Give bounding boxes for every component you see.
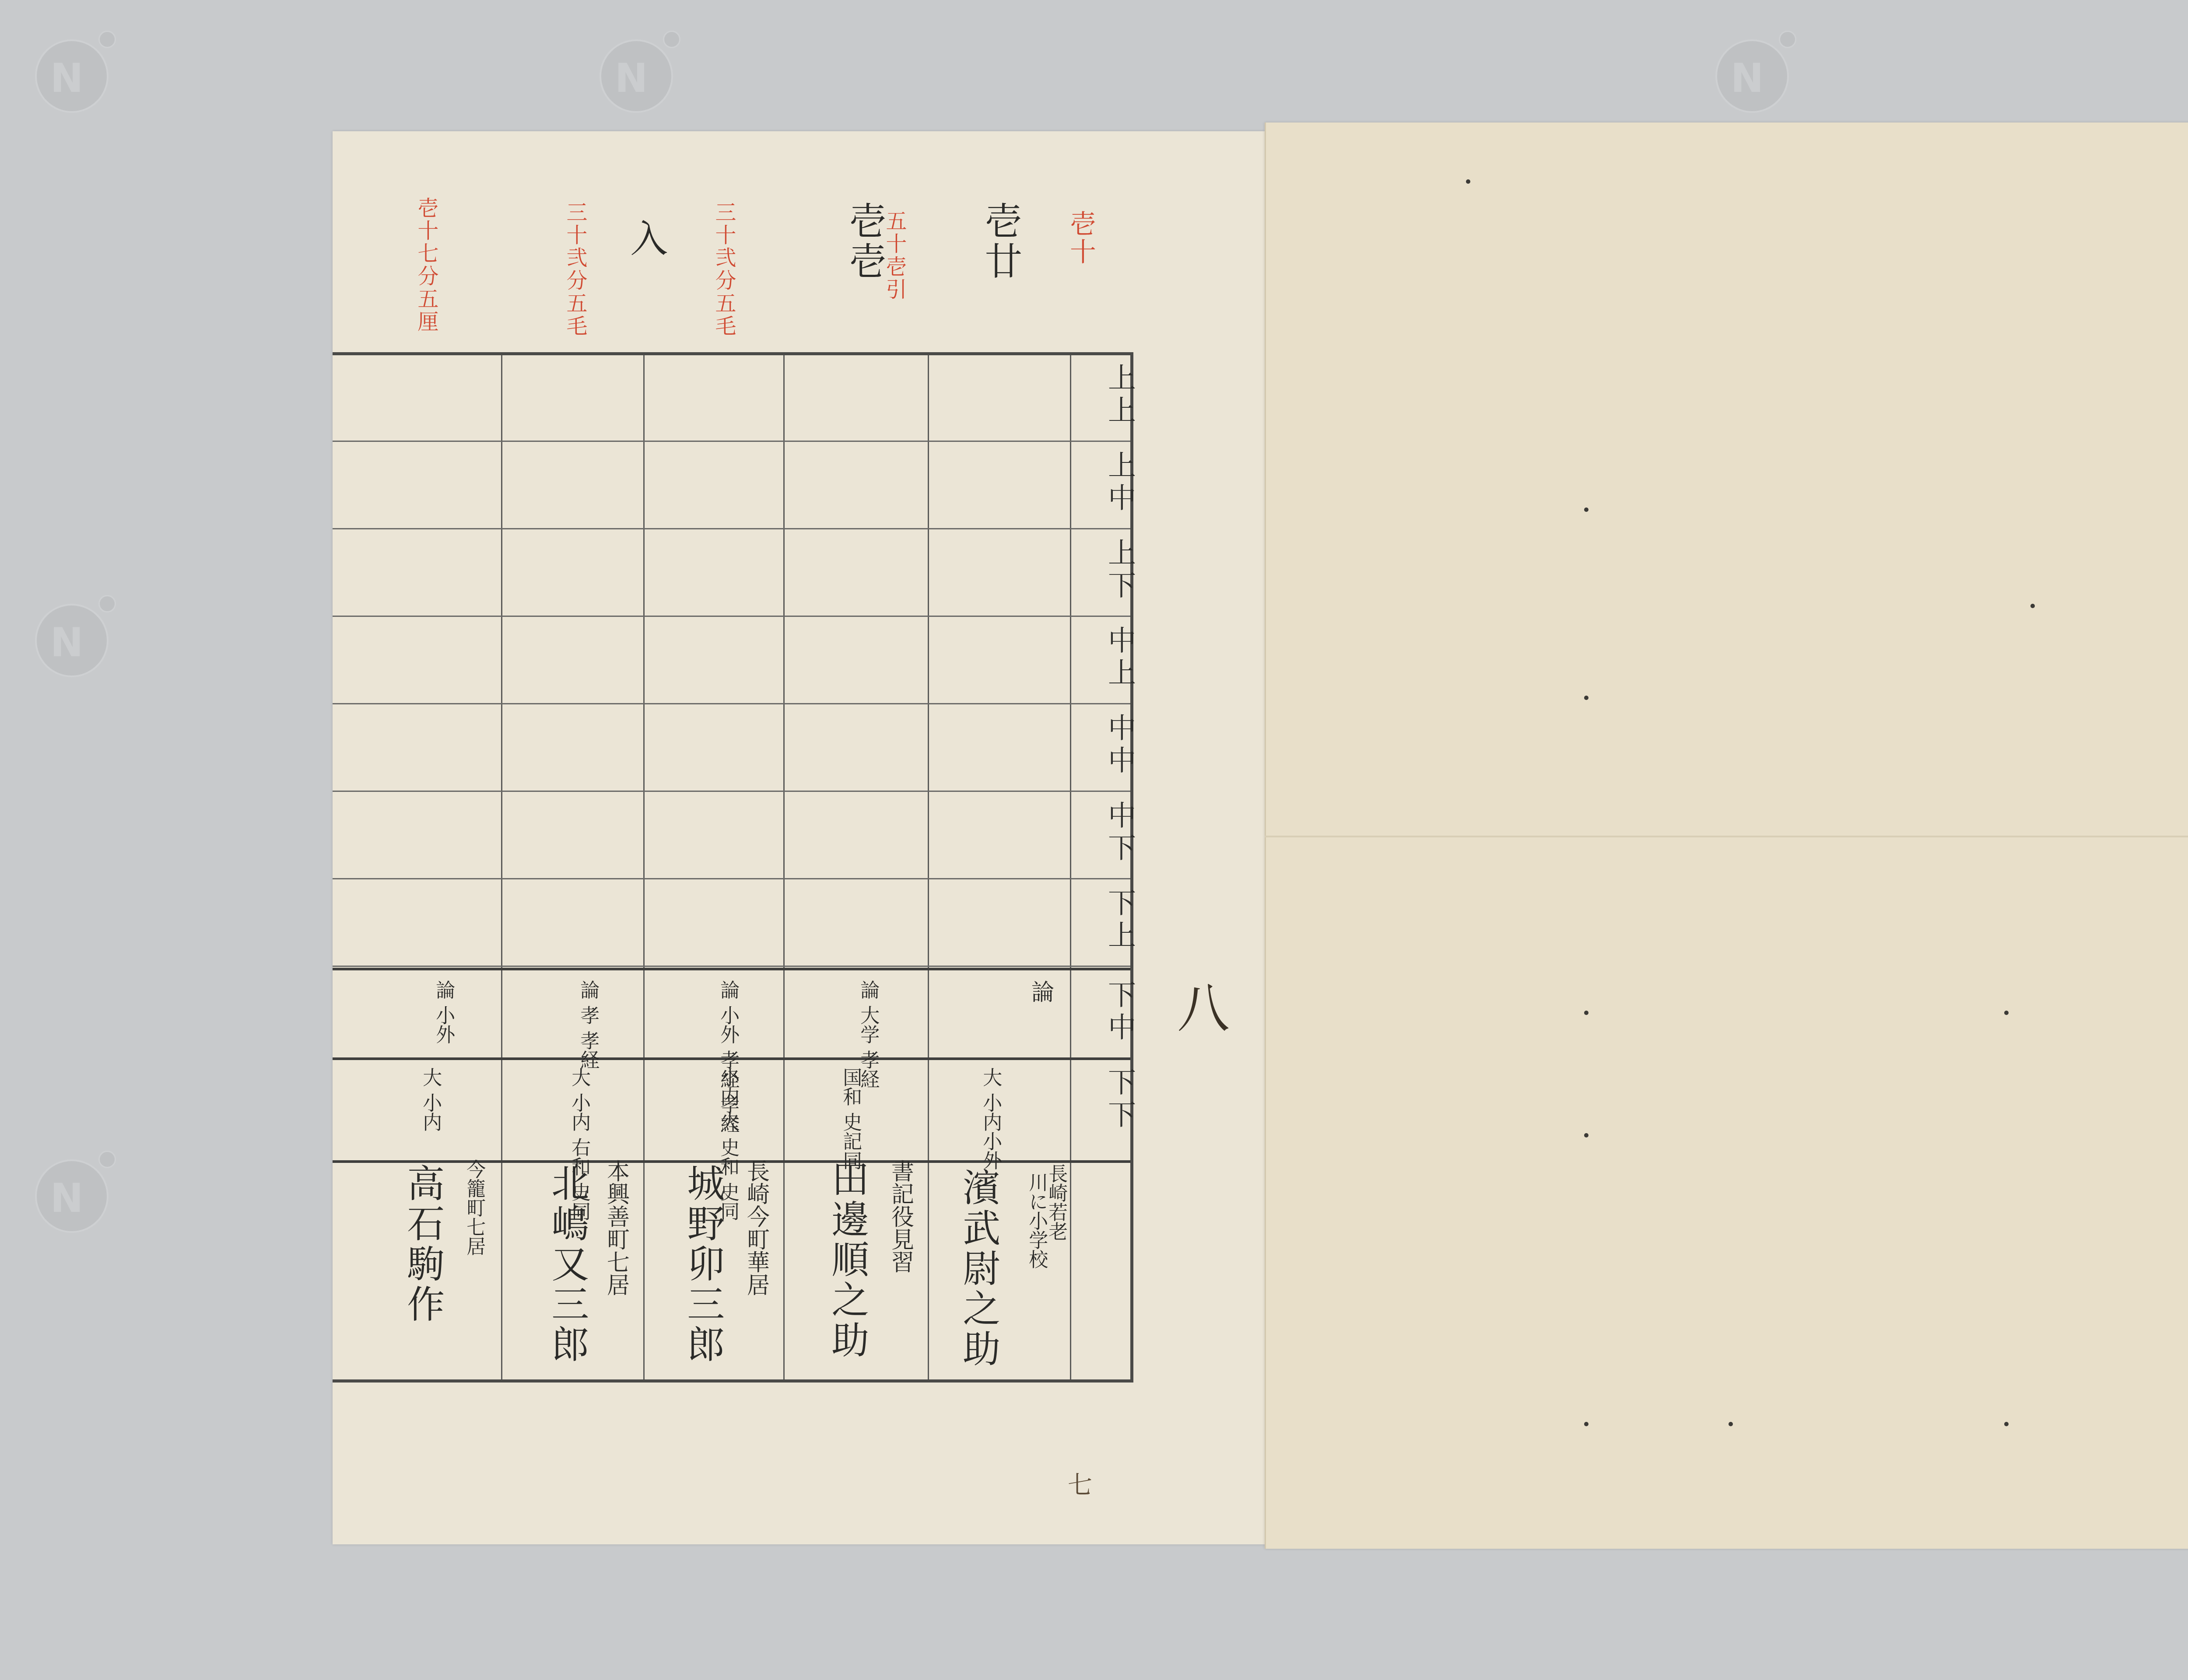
note-cell: 川に小学校 — [1026, 1172, 1046, 1269]
grade-label: 中下 — [1072, 801, 1133, 865]
bottom-mark: 七 — [1068, 1466, 1092, 1501]
residence-cell: 今籠町七居 — [464, 1159, 484, 1256]
red-annotation: 壱十 — [1068, 210, 1094, 266]
subjects-cell: 論 小外 — [433, 980, 453, 1044]
page-fold-line — [1265, 836, 2188, 837]
ink-annotation: 壱壱 — [845, 201, 884, 282]
watermark-logo: N — [582, 17, 683, 118]
texts-cell: 国和 史記同 — [840, 1067, 860, 1170]
paper-speck — [2004, 1011, 2009, 1015]
paper-speck — [1584, 1422, 1588, 1426]
grade-label: 上中 — [1072, 451, 1133, 515]
residence-cell: 本興善町七居 — [604, 1159, 628, 1296]
residence-cell: 長崎若老 — [1046, 1164, 1066, 1241]
watermark-logo: N — [18, 1137, 118, 1238]
paper-speck — [2004, 1422, 2009, 1426]
name-cell: 北嶋又三郎 — [547, 1164, 586, 1365]
grade-label: 下下 — [1072, 1067, 1133, 1132]
red-annotation: 五十壱引 — [884, 210, 905, 301]
page-number: 八 — [1177, 967, 1230, 1042]
ink-annotation: 入 — [626, 219, 665, 259]
paper-speck — [1466, 179, 1470, 184]
watermark-logo: N — [18, 17, 118, 118]
paper-speck — [1729, 1422, 1733, 1426]
grade-label: 下中 — [1072, 980, 1133, 1045]
name-cell: 濱武尉之助 — [958, 1168, 998, 1369]
texts-cell: 大 小内 — [420, 1067, 440, 1131]
grade-label: 中中 — [1072, 713, 1133, 778]
grade-table — [333, 352, 1133, 1382]
paper-speck — [1584, 1133, 1588, 1137]
watermark-logo: N — [18, 582, 118, 682]
residence-cell: 長崎今町華居 — [744, 1159, 768, 1296]
texts-cell: 大 小内小外 — [980, 1067, 1000, 1170]
paper-speck — [2030, 604, 2035, 608]
paper-speck — [1584, 1011, 1588, 1015]
red-annotation: 三十弐分五毛 — [713, 201, 734, 338]
grade-label: 下上 — [1072, 888, 1133, 953]
paper-speck — [1584, 696, 1588, 700]
name-cell: 田邊順之助 — [827, 1159, 866, 1361]
grade-label: 上下 — [1072, 538, 1133, 603]
note-cell: 書記役見習 — [888, 1159, 912, 1273]
red-annotation: 壱十七分五厘 — [416, 197, 437, 333]
watermark-logo: N — [1698, 17, 1799, 118]
grade-label: 上上 — [1072, 363, 1133, 428]
red-annotation: 三十弐分五毛 — [565, 201, 586, 338]
paper-speck — [1584, 507, 1588, 512]
name-cell: 城野卯三郎 — [683, 1164, 722, 1365]
ink-annotation: 壱廿 — [980, 201, 1020, 282]
grade-label: 中上 — [1072, 626, 1133, 690]
subjects-cell: 論 孝 孝経 — [578, 980, 598, 1069]
name-cell: 高石駒作 — [403, 1164, 442, 1325]
subjects-cell: 論 — [1028, 980, 1052, 1003]
